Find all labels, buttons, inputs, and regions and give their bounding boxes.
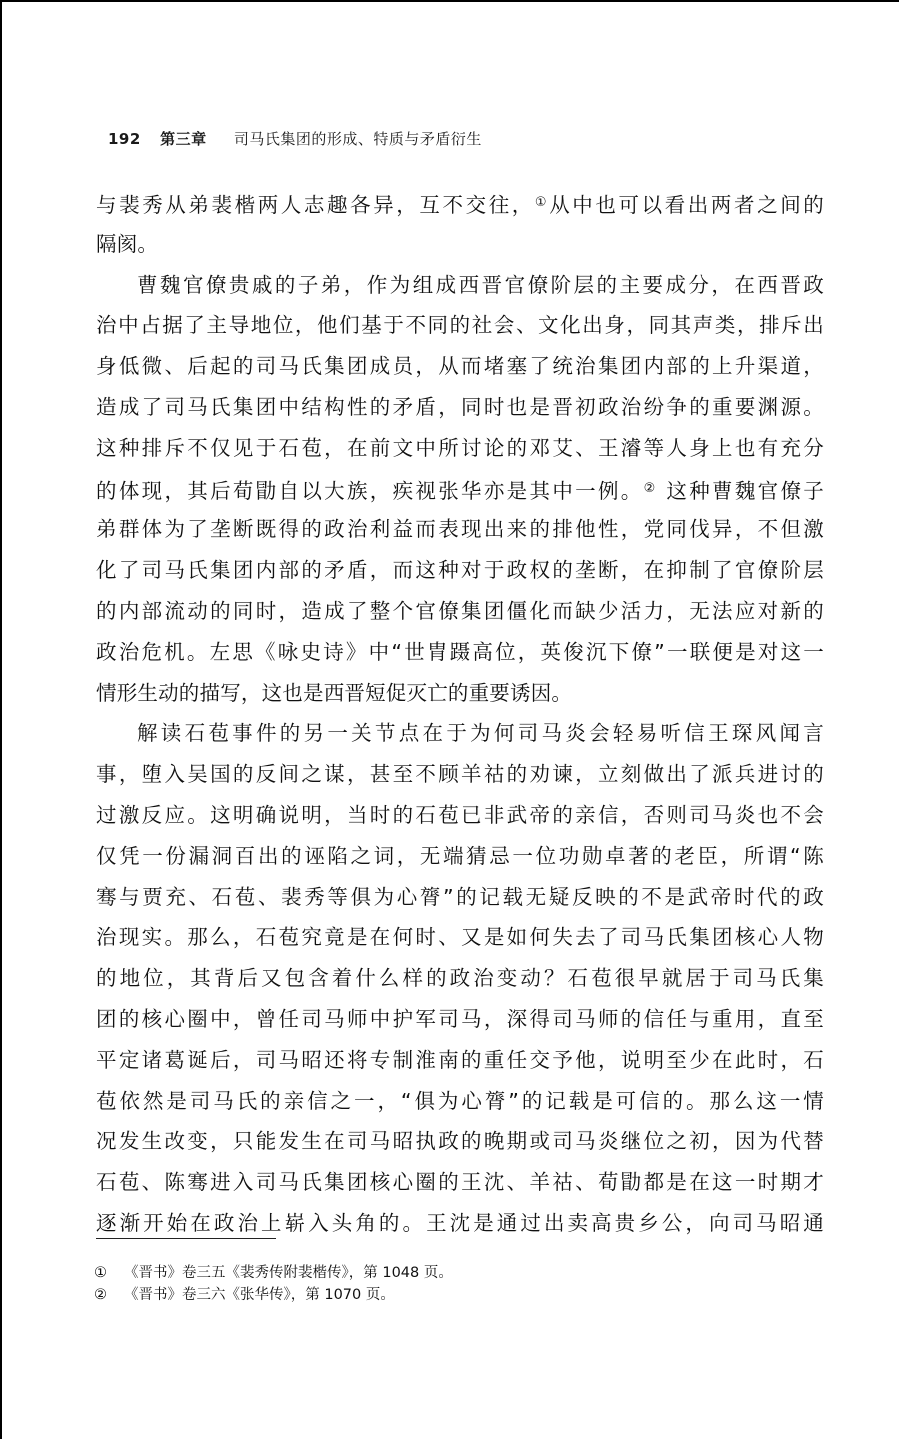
footnote-marker: ① <box>94 1262 124 1284</box>
line-text-continued: 这种曹魏官僚子 <box>658 479 824 503</box>
footnotes: ①《晋书》卷三五《裴秀传附裴楷传》，第 1048 页。 ②《晋书》卷三六《张华传… <box>94 1262 453 1306</box>
text-line: 过激反应。这明确说明，当时的石苞已非武帝的亲信，否则司马炎也不会 <box>96 795 824 836</box>
text-line: 身低微、后起的司马氏集团成员，从而堵塞了统治集团内部的上升渠道， <box>96 346 824 387</box>
text-line: 造成了司马氏集团中结构性的矛盾，同时也是晋初政治纷争的重要渊源。 <box>96 387 824 428</box>
text-line: 这种排斥不仅见于石苞，在前文中所讨论的邓艾、王濬等人身上也有充分 <box>96 428 824 469</box>
line-text: 石苞、陈骞进入司马氏集团核心圈的王沈、羊祜、荀勖都是在这一时期才 <box>96 1170 824 1194</box>
footnote-divider <box>96 1238 276 1239</box>
line-text: 过激反应。这明确说明，当时的石苞已非武帝的亲信，否则司马炎也不会 <box>96 803 824 827</box>
line-text: 解读石苞事件的另一关节点在于为何司马炎会轻易听信王琛风闻言 <box>137 721 824 745</box>
footnote-reference[interactable]: ① <box>535 195 549 210</box>
running-head: 192 第三章 司马氏集团的形成、特质与矛盾衍生 <box>108 128 482 149</box>
line-text: 弟群体为了垄断既得的政治利益而表现出来的排他性，党同伐异，不但激 <box>96 517 824 541</box>
text-line: 政治危机。左思《咏史诗》中“世胄蹑高位，英俊沉下僚”一联便是对这一 <box>96 632 824 673</box>
line-text: 这种排斥不仅见于石苞，在前文中所讨论的邓艾、王濬等人身上也有充分 <box>96 436 824 460</box>
text-line: 的地位，其背后又包含着什么样的政治变动？石苞很早就居于司马氏集 <box>96 958 824 999</box>
footnote-text: 《晋书》卷三六《张华传》，第 1070 页。 <box>124 1287 395 1303</box>
text-line: 石苞、陈骞进入司马氏集团核心圈的王沈、羊祜、荀勖都是在这一时期才 <box>96 1162 824 1203</box>
text-line: 解读石苞事件的另一关节点在于为何司马炎会轻易听信王琛风闻言 <box>96 713 824 754</box>
line-text: 团的核心圈中，曾任司马师中护军司马，深得司马师的信任与重用，直至 <box>96 1007 824 1031</box>
footnote-1: ①《晋书》卷三五《裴秀传附裴楷传》，第 1048 页。 <box>94 1262 453 1284</box>
page-number: 192 <box>108 130 141 148</box>
line-text: 与裴秀从弟裴楷两人志趣各异，互不交往， <box>96 193 535 217</box>
text-line: 化了司马氏集团内部的矛盾，而这种对于政权的垄断，在抑制了官僚阶层 <box>96 550 824 591</box>
text-line: 情形生动的描写，这也是西晋短促灭亡的重要诱因。 <box>96 673 824 714</box>
text-line: 况发生改变，只能发生在司马昭执政的晚期或司马炎继位之初，因为代替 <box>96 1121 824 1162</box>
text-line: 的内部流动的同时，造成了整个官僚集团僵化而缺少活力，无法应对新的 <box>96 591 824 632</box>
line-text-continued: 从中也可以看出两者之间的 <box>549 193 824 217</box>
text-line: 苞依然是司马氏的亲信之一，“俱为心膂”的记载是可信的。那么这一情 <box>96 1081 824 1122</box>
line-text: 化了司马氏集团内部的矛盾，而这种对于政权的垄断，在抑制了官僚阶层 <box>96 558 824 582</box>
book-page: 192 第三章 司马氏集团的形成、特质与矛盾衍生 与裴秀从弟裴楷两人志趣各异，互… <box>0 0 899 1439</box>
text-line: 隔阂。 <box>96 224 824 265</box>
line-text: 况发生改变，只能发生在司马昭执政的晚期或司马炎继位之初，因为代替 <box>96 1129 824 1153</box>
text-line: 曹魏官僚贵戚的子弟，作为组成西晋官僚阶层的主要成分，在西晋政 <box>96 265 824 306</box>
line-text: 情形生动的描写，这也是西晋短促灭亡的重要诱因。 <box>96 681 572 705</box>
line-text: 逐渐开始在政治上崭入头角的。王沈是通过出卖高贵乡公，向司马昭通 <box>96 1211 824 1235</box>
text-line: 仅凭一份漏洞百出的诬陷之词，无端猜忌一位功勋卓著的老臣，所谓“陈 <box>96 836 824 877</box>
line-text: 平定诸葛诞后，司马昭还将专制淮南的重任交予他，说明至少在此时，石 <box>96 1048 824 1072</box>
line-text: 隔阂。 <box>96 232 158 256</box>
footnote-marker: ② <box>94 1284 124 1306</box>
footnote-2: ②《晋书》卷三六《张华传》，第 1070 页。 <box>94 1284 453 1306</box>
chapter-label: 第三章 <box>160 130 207 148</box>
line-text: 事，堕入吴国的反间之谋，甚至不顾羊祜的劝谏，立刻做出了派兵进讨的 <box>96 762 824 786</box>
text-line: 骞与贾充、石苞、裴秀等俱为心膂”的记载无疑反映的不是武帝时代的政 <box>96 877 824 918</box>
line-text: 苞依然是司马氏的亲信之一，“俱为心膂”的记载是可信的。那么这一情 <box>96 1089 824 1113</box>
line-text: 治中占据了主导地位，他们基于不同的社会、文化出身，同其声类，排斥出 <box>96 313 824 337</box>
line-text: 的体现，其后荀勖自以大族，疾视张华亦是其中一例。 <box>96 479 644 503</box>
text-line: 平定诸葛诞后，司马昭还将专制淮南的重任交予他，说明至少在此时，石 <box>96 1040 824 1081</box>
body-text: 与裴秀从弟裴楷两人志趣各异，互不交往，①从中也可以看出两者之间的隔阂。曹魏官僚贵… <box>96 183 824 1244</box>
line-text: 造成了司马氏集团中结构性的矛盾，同时也是晋初政治纷争的重要渊源。 <box>96 395 824 419</box>
line-text: 治现实。那么，石苞究竟是在何时、又是如何失去了司马氏集团核心人物 <box>96 925 824 949</box>
text-line: 弟群体为了垄断既得的政治利益而表现出来的排他性，党同伐异，不但激 <box>96 509 824 550</box>
text-line: 团的核心圈中，曾任司马师中护军司马，深得司马师的信任与重用，直至 <box>96 999 824 1040</box>
footnote-reference[interactable]: ② <box>644 481 658 496</box>
footnote-text: 《晋书》卷三五《裴秀传附裴楷传》，第 1048 页。 <box>124 1265 453 1281</box>
text-line: 治现实。那么，石苞究竟是在何时、又是如何失去了司马氏集团核心人物 <box>96 917 824 958</box>
line-text: 仅凭一份漏洞百出的诬陷之词，无端猜忌一位功勋卓著的老臣，所谓“陈 <box>96 844 824 868</box>
line-text: 的内部流动的同时，造成了整个官僚集团僵化而缺少活力，无法应对新的 <box>96 599 824 623</box>
text-line: 事，堕入吴国的反间之谋，甚至不顾羊祜的劝谏，立刻做出了派兵进讨的 <box>96 754 824 795</box>
text-line: 治中占据了主导地位，他们基于不同的社会、文化出身，同其声类，排斥出 <box>96 305 824 346</box>
line-text: 曹魏官僚贵戚的子弟，作为组成西晋官僚阶层的主要成分，在西晋政 <box>137 273 824 297</box>
line-text: 政治危机。左思《咏史诗》中“世胄蹑高位，英俊沉下僚”一联便是对这一 <box>96 640 824 664</box>
chapter-title: 司马氏集团的形成、特质与矛盾衍生 <box>234 130 482 148</box>
text-line: 与裴秀从弟裴楷两人志趣各异，互不交往，①从中也可以看出两者之间的 <box>96 183 824 224</box>
text-line: 的体现，其后荀勖自以大族，疾视张华亦是其中一例。② 这种曹魏官僚子 <box>96 469 824 510</box>
line-text: 身低微、后起的司马氏集团成员，从而堵塞了统治集团内部的上升渠道， <box>96 354 824 378</box>
line-text: 的地位，其背后又包含着什么样的政治变动？石苞很早就居于司马氏集 <box>96 966 824 990</box>
line-text: 骞与贾充、石苞、裴秀等俱为心膂”的记载无疑反映的不是武帝时代的政 <box>96 885 824 909</box>
